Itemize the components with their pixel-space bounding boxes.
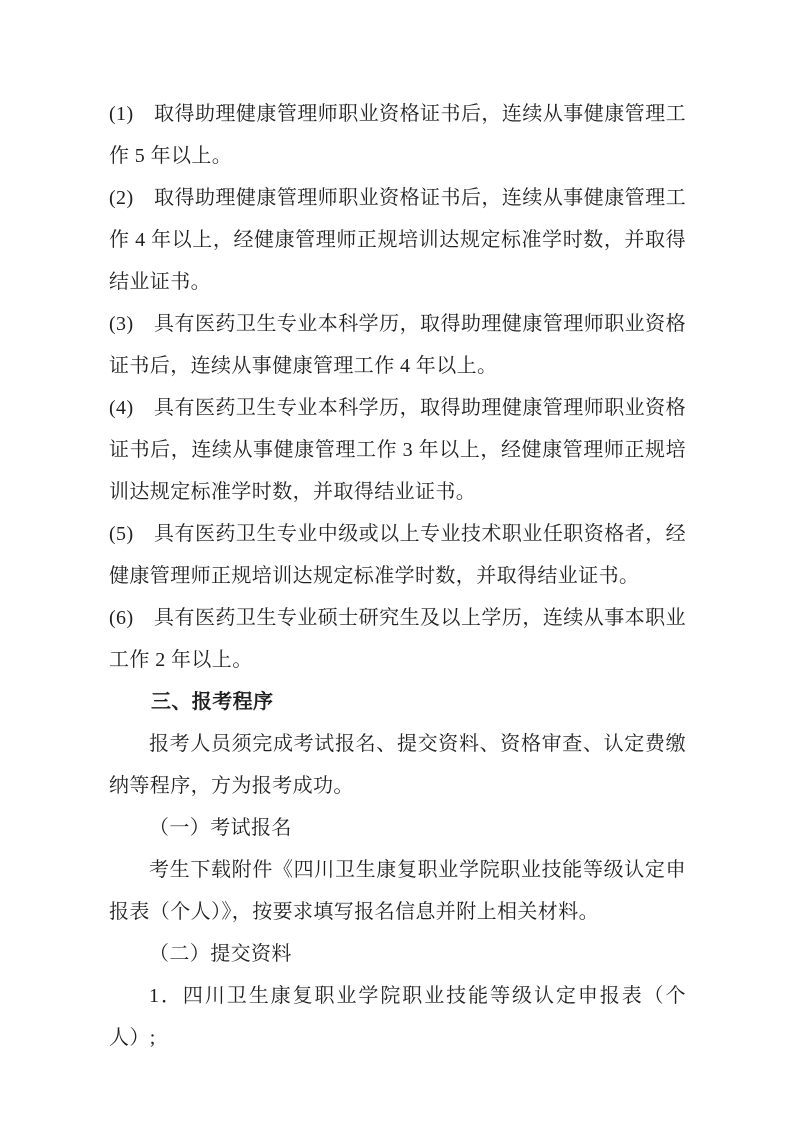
document-paragraph: (6) 具有医药卫生专业硕士研究生及以上学历，连续从事本职业工作 2 年以上。	[109, 597, 686, 681]
document-paragraph: （二）提交资料	[109, 933, 686, 975]
document-paragraph: (4) 具有医药卫生专业本科学历，取得助理健康管理师职业资格证书后，连续从事健康…	[109, 387, 686, 513]
document-paragraph: (3) 具有医药卫生专业本科学历，取得助理健康管理师职业资格证书后，连续从事健康…	[109, 303, 686, 387]
section-heading: 三、报考程序	[109, 681, 686, 723]
document-paragraph: (5) 具有医药卫生专业中级或以上专业技术职业任职资格者，经健康管理师正规培训达…	[109, 513, 686, 597]
document-paragraph: (1) 取得助理健康管理师职业资格证书后，连续从事健康管理工作 5 年以上。	[109, 93, 686, 177]
document-paragraph: (2) 取得助理健康管理师职业资格证书后，连续从事健康管理工作 4 年以上，经健…	[109, 177, 686, 303]
document-page: (1) 取得助理健康管理师职业资格证书后，连续从事健康管理工作 5 年以上。(2…	[0, 0, 793, 1122]
document-paragraph: 考生下载附件《四川卫生康复职业学院职业技能等级认定申报表（个人）》，按要求填写报…	[109, 849, 686, 933]
document-body: (1) 取得助理健康管理师职业资格证书后，连续从事健康管理工作 5 年以上。(2…	[109, 93, 686, 1059]
document-paragraph: 报考人员须完成考试报名、提交资料、资格审查、认定费缴纳等程序，方为报考成功。	[109, 723, 686, 807]
document-paragraph: 1．四川卫生康复职业学院职业技能等级认定申报表（个人）;	[109, 975, 686, 1059]
document-paragraph: （一）考试报名	[109, 807, 686, 849]
